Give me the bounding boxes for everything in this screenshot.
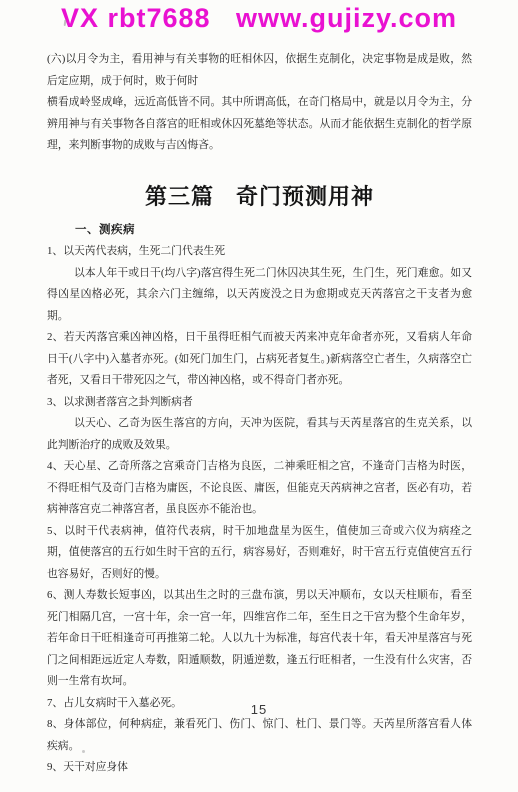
body-paragraph: 4、天心星、乙奇所落之宫乘奇门吉格为良医，二神乘旺相之宫，不逢奇门吉格为时医，不… bbox=[47, 456, 472, 521]
page-number: 15 bbox=[0, 702, 518, 717]
body-paragraph: 以天心、乙奇为医生落宫的方向，天冲为医院，看其与天芮星落宫的生克关系，以此判断治… bbox=[47, 413, 472, 456]
scan-speck bbox=[82, 750, 85, 753]
section-heading: 一、测疾病 bbox=[47, 220, 472, 242]
body-paragraph: 2、若天芮落宫乘凶神凶格，日干虽得旺相气而被天芮来冲克年命者亦死，又看病人年命日… bbox=[47, 327, 472, 392]
body-paragraph: 6、测人寿数长短事凶，以其出生之时的三盘布演，男以天冲顺布，女以天柱顺布，看至死… bbox=[47, 585, 472, 693]
body-paragraph: 3、以求测者落宫之卦判断病者 bbox=[47, 392, 472, 414]
intro-paragraph: (六)以月令为主，看用神与有关事物的旺相休囚，依据生克制化，决定事物是成是败，然… bbox=[47, 49, 472, 92]
chapter-title: 第三篇奇门预测用神 bbox=[47, 184, 472, 209]
body-paragraph: 8、身体部位，何种病症，兼看死门、伤门、惊门、杜门、景门等。天芮星所落宫看人体疾… bbox=[47, 714, 472, 757]
body-paragraph: 1、以天芮代表病，生死二门代表生死 bbox=[47, 241, 472, 263]
intro-paragraph: 横看成岭竖成峰，远近高低皆不同。其中所谓高低，在奇门格局中，就是以月令为主，分辨… bbox=[47, 92, 472, 157]
body-paragraph: 以本人年干或日干(均八字)落宫得生死二门休囚决其生死，生门生，死门难愈。如又得凶… bbox=[47, 263, 472, 328]
chapter-number: 第三篇 bbox=[145, 184, 236, 209]
chapter-name: 奇门预测用神 bbox=[236, 184, 374, 209]
watermark-header: VX rbt7688 www.gujizy.com bbox=[0, 0, 518, 34]
page-body: (六)以月令为主，看用神与有关事物的旺相休囚，依据生克制化，决定事物是成是败，然… bbox=[47, 49, 472, 779]
body-paragraph: 9、天干对应身体 bbox=[47, 757, 472, 779]
body-paragraph: 5、以时干代表病神，值符代表病，时干加地盘星为医生，值使加三奇或六仪为病痊之期，… bbox=[47, 521, 472, 586]
book-page: VX rbt7688 www.gujizy.com (六)以月令为主，看用神与有… bbox=[0, 0, 518, 792]
